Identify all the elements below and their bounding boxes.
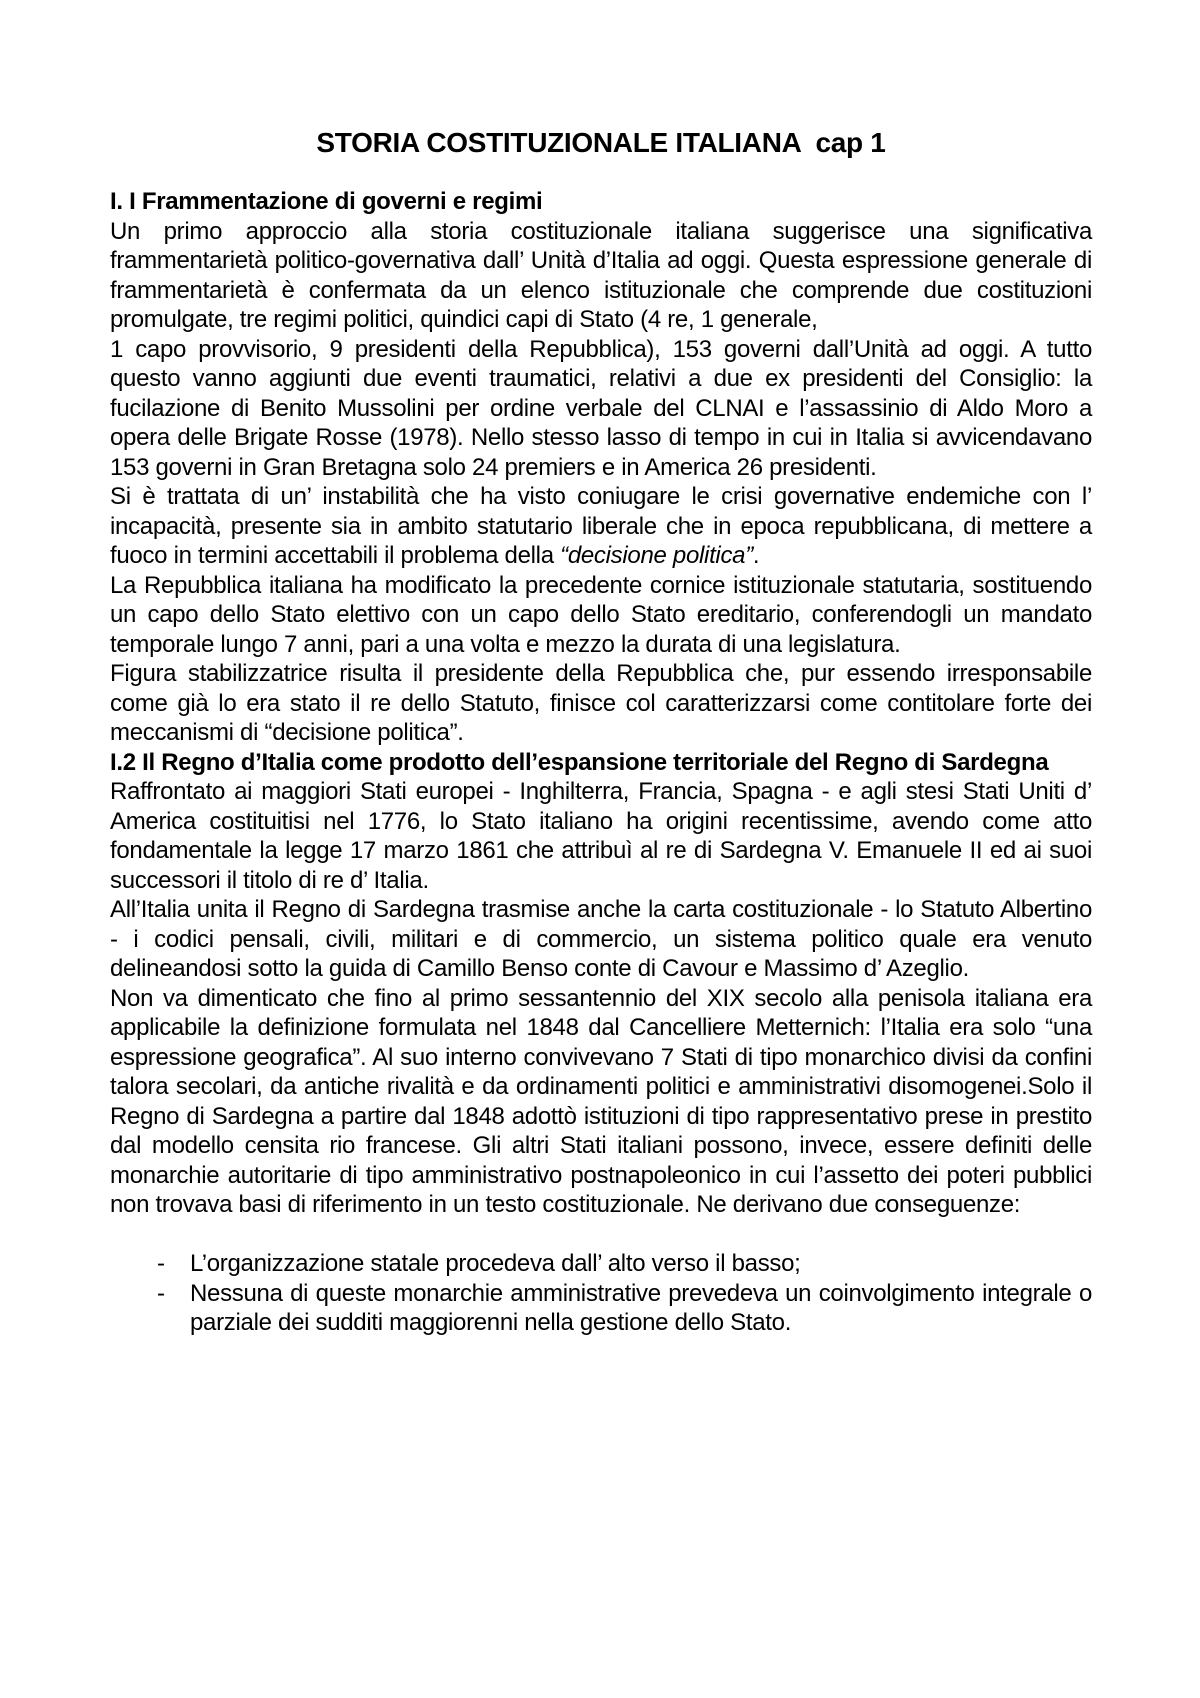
list-item: - Nessuna di queste monarchie amministra… (110, 1279, 1092, 1338)
document-title: STORIA COSTITUZIONALE ITALIANA cap 1 (110, 127, 1092, 159)
paragraph-1a: Un primo approccio alla storia costituzi… (110, 217, 1092, 335)
paragraph-3: La Repubblica italiana ha modificato la … (110, 571, 1092, 660)
paragraph-5: Raffrontato ai maggiori Stati europei - … (110, 777, 1092, 895)
paragraph-1b: 1 capo provvisorio, 9 presidenti della R… (110, 335, 1092, 483)
paragraph-2-italic-phrase: “decisione politica” (560, 542, 753, 569)
section-heading-2: I.2 Il Regno d’Italia come prodotto dell… (110, 748, 1092, 778)
dash-marker: - (157, 1249, 190, 1279)
paragraph-2: Si è trattata di un’ instabilità che ha … (110, 482, 1092, 571)
paragraph-2-period: . (753, 542, 759, 569)
document-page: STORIA COSTITUZIONALE ITALIANA cap 1 I. … (0, 0, 1200, 1698)
section-heading-1: I. I Frammentazione di governi e regimi (110, 187, 1092, 217)
list-item-text: L’organizzazione statale procedeva dall’… (190, 1249, 1092, 1279)
list-item-text: Nessuna di queste monarchie amministrati… (190, 1279, 1092, 1338)
paragraph-6: All’Italia unita il Regno di Sardegna tr… (110, 895, 1092, 984)
paragraph-7: Non va dimenticato che fino al primo ses… (110, 984, 1092, 1220)
paragraph-4: Figura stabilizzatrice risulta il presid… (110, 659, 1092, 748)
dash-marker: - (157, 1279, 190, 1338)
list-item: - L’organizzazione statale procedeva dal… (110, 1249, 1092, 1279)
bullet-list: - L’organizzazione statale procedeva dal… (110, 1249, 1092, 1338)
